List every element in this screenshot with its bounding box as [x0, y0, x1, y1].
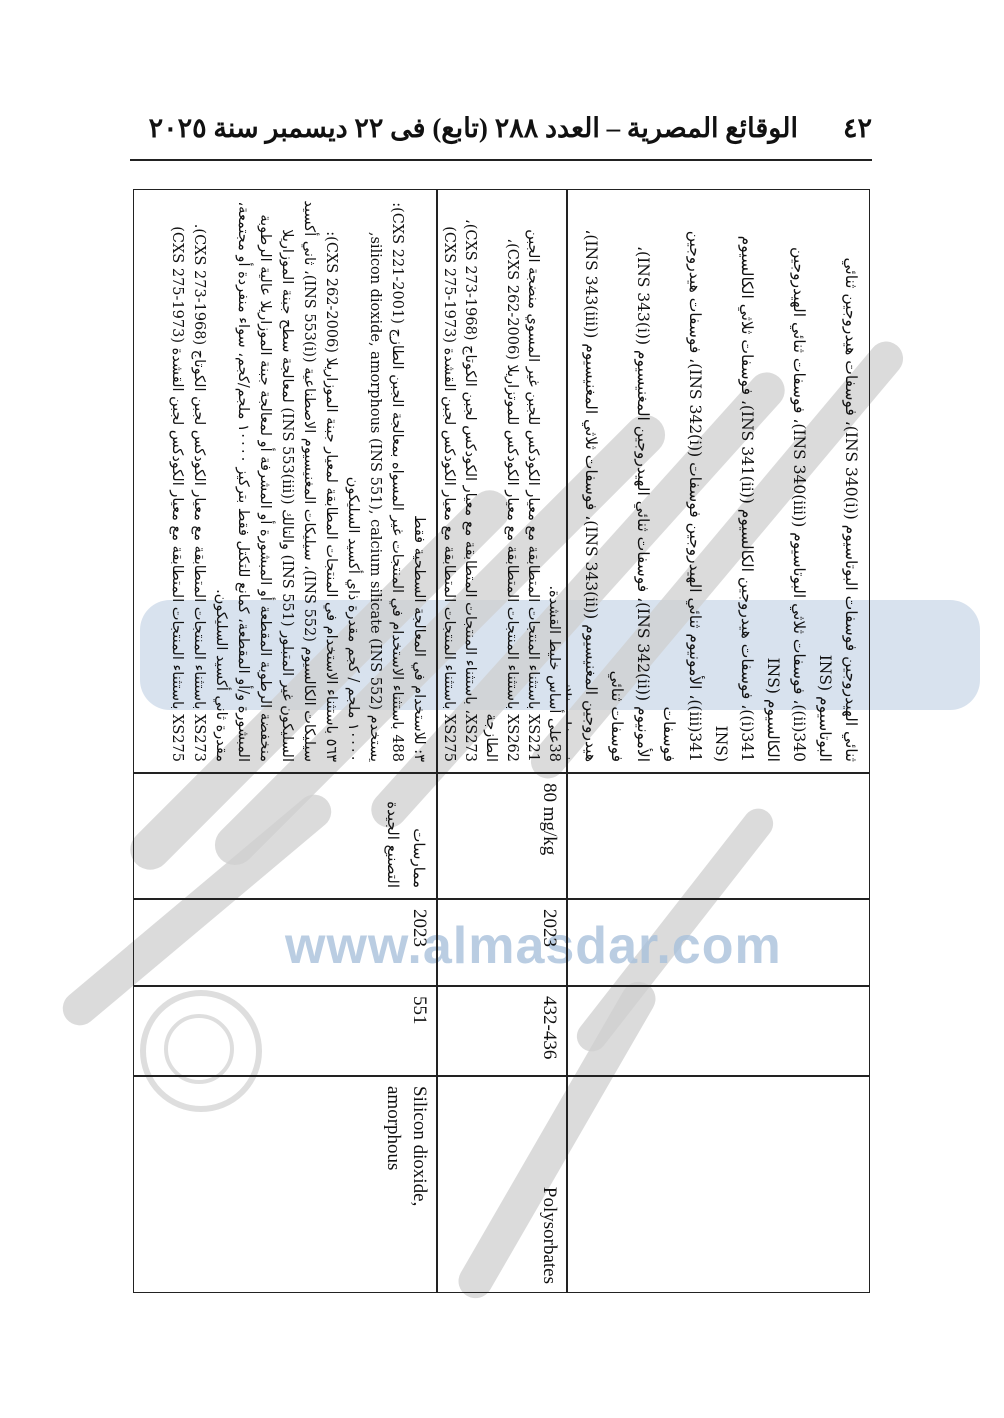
notes-line: XS275 باستثناء المنتجات المتطابقة مع معي… — [166, 200, 188, 762]
page-header: ٤٢ الوقائع المصرية – العدد ٢٨٨ (تابع) فى… — [130, 108, 872, 148]
table-row: ثنائي الهيدروجين فوسفات البوتاسيوم (INS … — [567, 190, 870, 772]
notes-line: يستخدم silicon dioxide, amorphous (INS 5… — [364, 200, 386, 762]
notes-line: XS273 باستثناء المنتجات المتطابقة مع معي… — [188, 200, 210, 762]
header-divider — [130, 159, 872, 161]
notes-line: منخفضة الرطوبة المقطعة أو المبشورة أو ال… — [254, 200, 276, 762]
max-level: 80 mg/kg — [437, 773, 566, 898]
year-cell: 2023 — [134, 899, 436, 985]
ins-cell: 551 — [134, 986, 436, 1075]
additive-name: Polysorbates — [437, 1076, 566, 1294]
year: 2023 — [437, 899, 566, 985]
notes-line: 341(i))، فوسفات هيدروجين الكالسيوم (INS … — [708, 200, 760, 762]
notes-line: ثنائي الهيدروجين فوسفات البوتاسيوم (INS … — [812, 200, 864, 762]
additive-name-cell: Silicon dioxide, amorphous — [134, 1076, 436, 1294]
notes-line: المبشورة و/أو المقطعة، كمانع للتكتل فقط … — [232, 200, 254, 762]
notes-line: XS273، باستثناء المنتجات المتطابقة مع مع… — [459, 200, 480, 762]
notes-line: هيدروجين المغنيسيوم (INS 343(ii))، فوسفا… — [567, 200, 604, 762]
additive-name: Silicon dioxide, amorphous — [134, 1076, 436, 1294]
max-level-cell: ممارسات التصنيع الجيدة — [134, 773, 436, 898]
table-row: ٣: للاستخدام في المعالجة السطحية فقط 488… — [134, 190, 436, 772]
notes-line: 488 باستثناء الاستخدام في المنتجات غير ا… — [386, 200, 408, 762]
ins-number: 551 — [134, 986, 436, 1075]
max-level: ممارسات التصنيع الجيدة — [134, 773, 436, 898]
ins-cell: 432-436 — [437, 986, 566, 1075]
year-cell: 2023 — [437, 899, 566, 985]
notes-cell: ثنائي الهيدروجين فوسفات البوتاسيوم (INS … — [567, 190, 870, 772]
notes-line: 340(ii))، فوسفات ثلاثي البوتاسيوم (INS 3… — [760, 200, 812, 762]
notes-line: 341(iii))، الأمونيوم ثنائي الهيدروجين فو… — [656, 200, 708, 762]
notes-line: مقدرة ثاني أكسيد السليكون. — [210, 200, 232, 762]
notes-line: الأمونيوم (INS 342(ii))، فوسفات ثنائي ال… — [604, 200, 656, 762]
notes-line: السليكون غير المتبلور (INS 551) والتالك … — [276, 200, 298, 762]
notes-line: ٥٦٣ باستثناء الاستخدام في المنتجات المطا… — [320, 200, 342, 762]
additive-name-cell: Polysorbates — [437, 1076, 566, 1294]
gazette-title: الوقائع المصرية – العدد ٢٨٨ (تابع) فى ٢٢… — [130, 113, 822, 144]
notes-line: XS221 باستثناء المنتجات المتطابقة مع معي… — [522, 200, 543, 762]
max-level-cell: 80 mg/kg — [437, 773, 566, 898]
notes-line: 38على أساس خليط القشدة. — [543, 200, 564, 762]
notes-line: سيليكات الكالسيوم (INS 552)، سيليكات الم… — [298, 200, 320, 762]
notes-cell: ٣: للاستخدام في المعالجة السطحية فقط 488… — [134, 190, 436, 772]
notes-line: XS275 باستثناء المنتجات المتطابقة مع معي… — [438, 200, 459, 762]
notes-line: XS262 باستثناء المنتجات المتطابقة مع معي… — [480, 200, 522, 762]
ins-number: 432-436 — [437, 986, 566, 1075]
table-row: 38على أساس خليط القشدة. XS221 باستثناء ا… — [437, 190, 566, 772]
notes-line: ٣: للاستخدام في المعالجة السطحية فقط — [408, 200, 430, 762]
year: 2023 — [134, 899, 436, 985]
page-number: ٤٢ — [822, 113, 872, 144]
notes-cell: 38على أساس خليط القشدة. XS221 باستثناء ا… — [437, 190, 566, 772]
additives-table: ثنائي الهيدروجين فوسفات البوتاسيوم (INS … — [133, 189, 870, 1293]
notes-line: ١٠٠٠٠ ملجم / كجم مقدرة ذاي أكسيد السليكو… — [342, 200, 364, 762]
